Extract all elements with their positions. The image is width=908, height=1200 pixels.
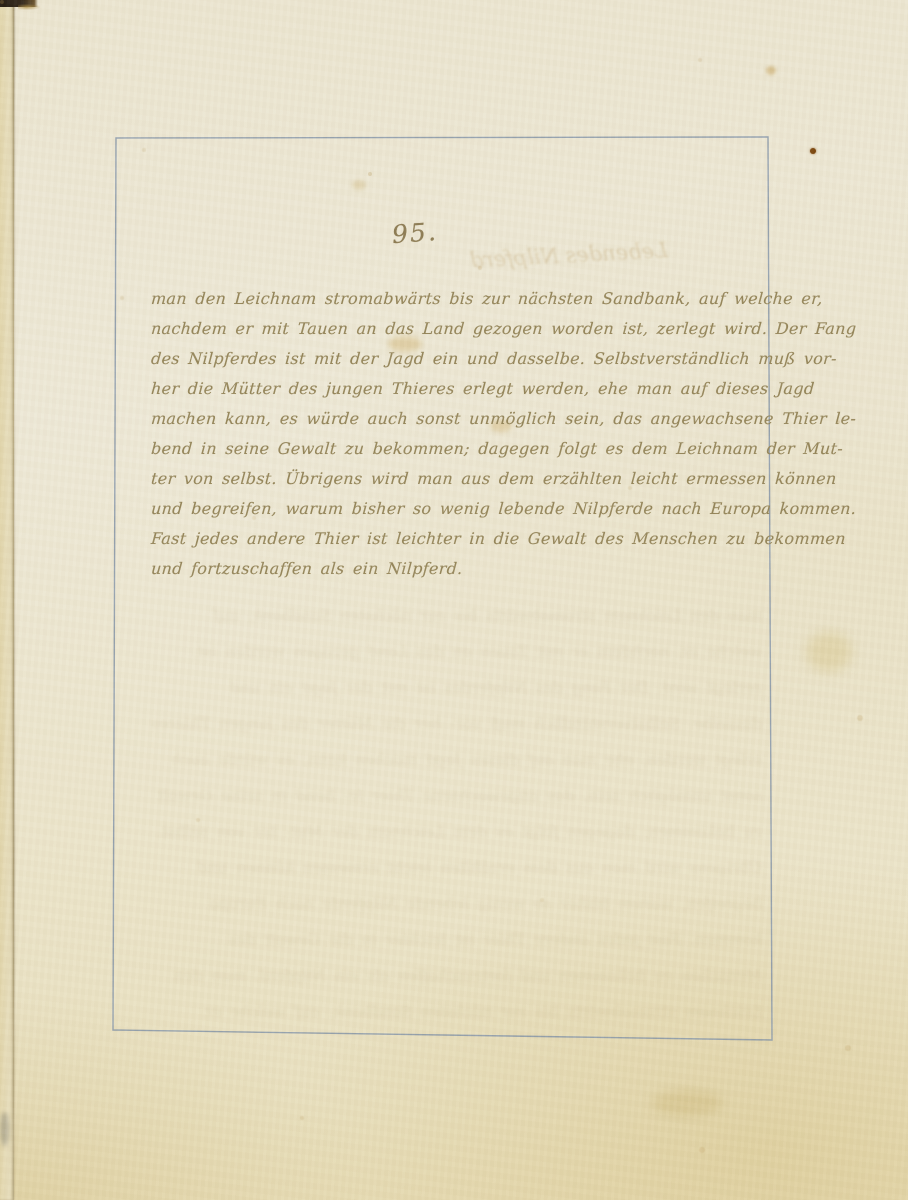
- manuscript-line: und begreifen, warum bisher so wenig leb…: [150, 494, 772, 524]
- manuscript-line: nachdem er mit Tauen an das Land gezogen…: [150, 314, 772, 344]
- foxing-freckles: [0, 0, 4, 4]
- manuscript-line: machen kann, es würde auch sonst unmögli…: [150, 404, 772, 434]
- manuscript-line: bend in seine Gewalt zu bekommen; dagege…: [150, 434, 772, 464]
- age-stain: [652, 1090, 722, 1116]
- manuscript-line: und fortzuschaffen als ein Nilpferd.: [150, 554, 772, 584]
- bleedthrough-body-text: man den Leichnam stromabwärts bis zur nä…: [150, 598, 762, 1030]
- manuscript-line: ter von selbst. Übrigens wird man aus de…: [150, 464, 772, 494]
- manuscript-line: Fast jedes andere Thier ist leichter in …: [150, 524, 772, 554]
- manuscript-line: des Nilpferdes ist mit der Jagd ein und …: [150, 344, 772, 374]
- manuscript-page-scan: Lebendes Nilpferd 95. man den Leichnam s…: [0, 0, 908, 1200]
- manuscript-line: man den Leichnam stromabwärts bis zur nä…: [150, 284, 772, 314]
- age-stain: [806, 632, 852, 672]
- manuscript-line: her die Mütter des jungen Thieres erlegt…: [150, 374, 772, 404]
- ink-stain: [352, 180, 366, 190]
- page-number: 95.: [391, 216, 453, 249]
- fox-spot-tan: [766, 66, 776, 75]
- manuscript-text: man den Leichnam stromabwärts bis zur nä…: [150, 284, 770, 584]
- fox-spot-dark: [810, 148, 816, 154]
